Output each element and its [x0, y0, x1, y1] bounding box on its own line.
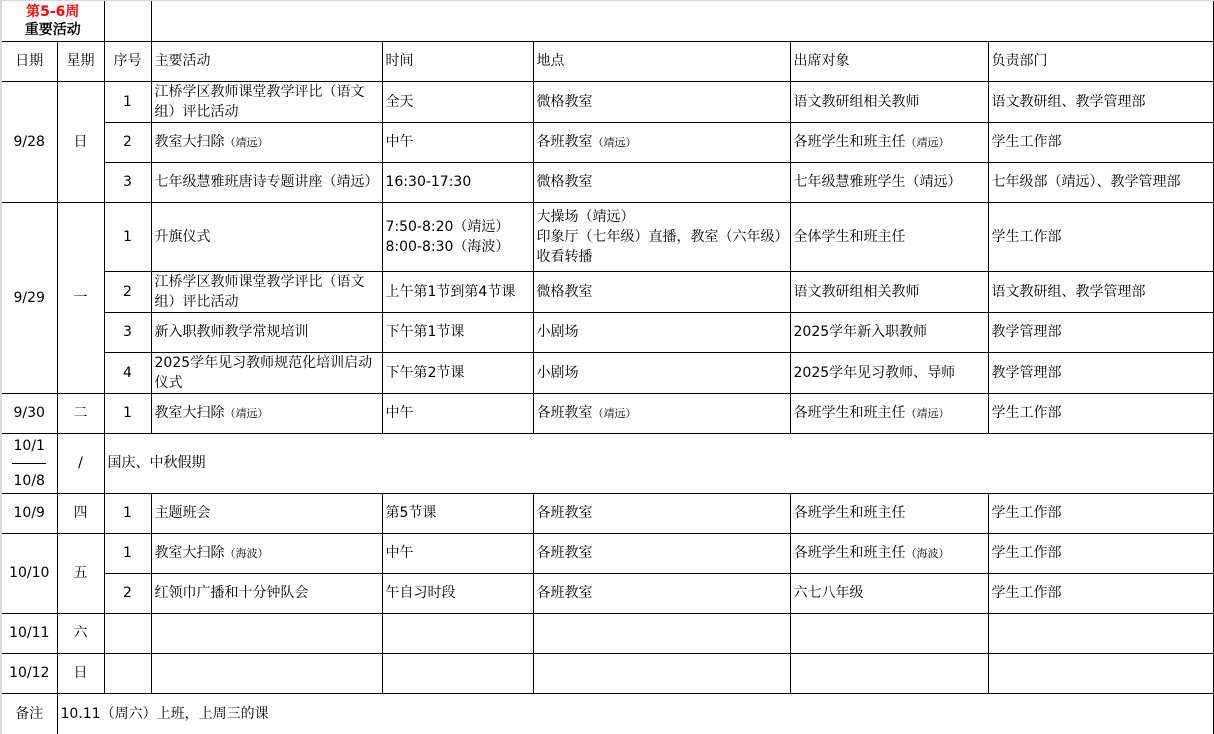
activity-cell[interactable]: 红领巾广播和十分钟队会 [151, 573, 382, 613]
date-cell[interactable]: 9/29 [2, 202, 57, 393]
week-label: 第5-6周 [5, 3, 101, 21]
date-range-separator [12, 463, 46, 464]
campus-note: （靖远） [225, 407, 269, 420]
table-row: 2 红领巾广播和十分钟队会 午自习时段 各班教室 六七八年级 学生工作部 [2, 573, 1213, 613]
attendees-cell[interactable]: 各班学生和班主任（靖远） [790, 122, 988, 162]
time-cell[interactable]: 中午 [382, 122, 533, 162]
activity-text: 教室大扫除 [155, 134, 225, 150]
place-cell[interactable]: 小剧场 [533, 312, 790, 352]
attendees-text: 各班学生和班主任 [794, 405, 906, 421]
empty-cell[interactable] [151, 1, 1213, 41]
attendees-text: 各班学生和班主任 [794, 134, 906, 150]
attendees-cell[interactable]: 全体学生和班主任 [790, 202, 988, 271]
attendees-cell[interactable] [790, 653, 988, 693]
weekday-cell[interactable]: / [57, 433, 104, 493]
activity-cell[interactable]: 教室大扫除（靖远） [151, 122, 382, 162]
weekday-cell[interactable]: 四 [57, 493, 104, 533]
holiday-cell[interactable]: 国庆、中秋假期 [104, 433, 1213, 493]
no-cell[interactable]: 4 [104, 352, 151, 393]
place-cell[interactable]: 各班教室 [533, 573, 790, 613]
place-cell[interactable]: 微格教室 [533, 81, 790, 122]
no-cell[interactable]: 1 [104, 81, 151, 122]
no-cell[interactable]: 3 [104, 162, 151, 202]
activity-cell[interactable] [151, 653, 382, 693]
col-header-weekday: 星期 [57, 41, 104, 81]
activity-cell[interactable] [151, 613, 382, 653]
table-row: 10/12 日 [2, 653, 1213, 693]
no-cell[interactable] [104, 613, 151, 653]
table-row: 3 新入职教师教学常规培训 下午第1节课 小剧场 2025学年新入职教师 教学管… [2, 312, 1213, 352]
no-cell[interactable]: 1 [104, 493, 151, 533]
campus-note: （靖远） [906, 407, 950, 420]
place-cell[interactable] [533, 653, 790, 693]
weekday-cell[interactable]: 二 [57, 393, 104, 433]
date-cell[interactable]: 10/11 [2, 613, 57, 653]
table-row: 9/30 二 1 教室大扫除（靖远） 中午 各班教室（靖远） 各班学生和班主任（… [2, 393, 1213, 433]
place-cell[interactable]: 微格教室 [533, 162, 790, 202]
place-cell[interactable]: 小剧场 [533, 352, 790, 393]
campus-note: （靖远） [906, 136, 950, 149]
title-cell: 第5-6周 重要活动 [2, 1, 104, 41]
schedule-table: 第5-6周 重要活动 日期 星期 序号 主要活动 时间 地点 出席对象 负责部门… [2, 1, 1214, 734]
attendees-cell[interactable]: 语文教研组相关教师 [790, 271, 988, 312]
activity-text: 教室大扫除 [155, 545, 225, 561]
time-cell[interactable]: 下午第1节课 [382, 312, 533, 352]
table-row: 9/28 日 1 江桥学区教师课堂教学评比（语文组）评比活动 全天 微格教室 语… [2, 81, 1213, 122]
weekday-cell[interactable]: 日 [57, 81, 104, 202]
campus-note: （靖远） [593, 407, 637, 420]
date-cell[interactable]: 9/28 [2, 81, 57, 202]
no-cell[interactable]: 1 [104, 393, 151, 433]
table-row: 2 江桥学区教师课堂教学评比（语文组）评比活动 上午第1节到第4节课 微格教室 … [2, 271, 1213, 312]
page-title: 重要活动 [5, 21, 101, 39]
attendees-cell[interactable]: 2025学年新入职教师 [790, 312, 988, 352]
dept-cell[interactable]: 语文教研组、教学管理部 [988, 81, 1213, 122]
place-cell[interactable]: 微格教室 [533, 271, 790, 312]
no-cell[interactable]: 2 [104, 271, 151, 312]
weekday-cell[interactable]: 六 [57, 613, 104, 653]
activity-cell[interactable]: 江桥学区教师课堂教学评比（语文组）评比活动 [151, 81, 382, 122]
col-header-no: 序号 [104, 41, 151, 81]
no-cell[interactable]: 3 [104, 312, 151, 352]
activity-cell[interactable]: 教室大扫除（靖远） [151, 393, 382, 433]
campus-note: （靖远） [225, 136, 269, 149]
col-header-attendees: 出席对象 [790, 41, 988, 81]
dept-cell[interactable] [988, 613, 1213, 653]
time-cell[interactable]: 午自习时段 [382, 573, 533, 613]
time-cell[interactable] [382, 653, 533, 693]
time-cell[interactable]: 全天 [382, 81, 533, 122]
remarks-row: 备注 10.11（周六）上班，上周三的课 [2, 693, 1213, 734]
dept-cell[interactable]: 学生工作部 [988, 393, 1213, 433]
place-cell[interactable] [533, 613, 790, 653]
table-row: 3 七年级慧雅班唐诗专题讲座（靖远） 16:30-17:30 微格教室 七年级慧… [2, 162, 1213, 202]
place-cell[interactable]: 各班教室（靖远） [533, 122, 790, 162]
col-header-place: 地点 [533, 41, 790, 81]
time-line: 8:00-8:30（海波） [386, 237, 530, 257]
no-cell[interactable]: 2 [104, 122, 151, 162]
no-cell[interactable] [104, 653, 151, 693]
attendees-cell[interactable]: 各班学生和班主任（靖远） [790, 393, 988, 433]
col-header-dept: 负责部门 [988, 41, 1213, 81]
time-line: 7:50-8:20（靖远） [386, 217, 530, 237]
col-header-activity: 主要活动 [151, 41, 382, 81]
date-cell[interactable]: 10/12 [2, 653, 57, 693]
no-cell[interactable]: 2 [104, 573, 151, 613]
dept-cell[interactable]: 七年级部（靖远）、教学管理部 [988, 162, 1213, 202]
activity-cell[interactable]: 新入职教师教学常规培训 [151, 312, 382, 352]
attendees-cell[interactable] [790, 613, 988, 653]
time-cell[interactable]: 中午 [382, 393, 533, 433]
date-cell[interactable]: 9/30 [2, 393, 57, 433]
activity-cell[interactable]: 江桥学区教师课堂教学评比（语文组）评比活动 [151, 271, 382, 312]
place-cell[interactable]: 大操场（靖远） 印象厅（七年级）直播，教室（六年级）收看转播 [533, 202, 790, 271]
activity-cell[interactable]: 升旗仪式 [151, 202, 382, 271]
time-cell[interactable]: 上午第1节到第4节课 [382, 271, 533, 312]
col-header-time: 时间 [382, 41, 533, 81]
holiday-row: 10/1 10/8 / 国庆、中秋假期 [2, 433, 1213, 493]
time-cell[interactable]: 中午 [382, 533, 533, 573]
table-row: 10/9 四 1 主题班会 第5节课 各班教室 各班学生和班主任 学生工作部 [2, 493, 1213, 533]
weekday-cell[interactable]: 一 [57, 202, 104, 393]
place-cell[interactable]: 各班教室（靖远） [533, 393, 790, 433]
place-cell[interactable]: 各班教室 [533, 493, 790, 533]
header-row: 日期 星期 序号 主要活动 时间 地点 出席对象 负责部门 [2, 41, 1213, 81]
attendees-cell[interactable]: 2025学年见习教师、导师 [790, 352, 988, 393]
table-row: 2 教室大扫除（靖远） 中午 各班教室（靖远） 各班学生和班主任（靖远） 学生工… [2, 122, 1213, 162]
dept-cell[interactable]: 学生工作部 [988, 533, 1213, 573]
campus-note: （海波） [225, 547, 269, 560]
activity-cell[interactable]: 主题班会 [151, 493, 382, 533]
dept-cell[interactable]: 学生工作部 [988, 573, 1213, 613]
time-cell[interactable]: 下午第2节课 [382, 352, 533, 393]
time-cell[interactable]: 7:50-8:20（靖远） 8:00-8:30（海波） [382, 202, 533, 271]
place-text: 各班教室 [537, 405, 593, 421]
campus-note: （海波） [906, 547, 950, 560]
col-header-date: 日期 [2, 41, 57, 81]
attendees-cell[interactable]: 六七八年级 [790, 573, 988, 613]
remarks-text[interactable]: 10.11（周六）上班，上周三的课 [57, 693, 1213, 734]
time-cell[interactable]: 16:30-17:30 [382, 162, 533, 202]
date-range-end: 10/8 [5, 472, 54, 490]
attendees-cell[interactable]: 各班学生和班主任（海波） [790, 533, 988, 573]
attendees-cell[interactable]: 七年级慧雅班学生（靖远） [790, 162, 988, 202]
weekday-cell[interactable]: 日 [57, 653, 104, 693]
activity-cell[interactable]: 2025学年见习教师规范化培训启动仪式 [151, 352, 382, 393]
empty-cell[interactable] [104, 1, 151, 41]
no-cell[interactable]: 1 [104, 202, 151, 271]
dept-cell[interactable]: 学生工作部 [988, 493, 1213, 533]
date-cell[interactable]: 10/10 [2, 533, 57, 613]
place-line: 印象厅（七年级）直播，教室（六年级）收看转播 [537, 227, 787, 267]
date-range-start: 10/1 [5, 437, 54, 455]
place-cell[interactable]: 各班教室 [533, 533, 790, 573]
place-text: 各班教室 [537, 134, 593, 150]
table-row: 4 2025学年见习教师规范化培训启动仪式 下午第2节课 小剧场 2025学年见… [2, 352, 1213, 393]
dept-cell[interactable]: 教学管理部 [988, 312, 1213, 352]
remarks-label: 备注 [2, 693, 57, 734]
time-cell[interactable]: 第5节课 [382, 493, 533, 533]
date-range-cell[interactable]: 10/1 10/8 [2, 433, 57, 493]
activity-cell[interactable]: 七年级慧雅班唐诗专题讲座（靖远） [151, 162, 382, 202]
activity-text: 教室大扫除 [155, 405, 225, 421]
dept-cell[interactable]: 语文教研组、教学管理部 [988, 271, 1213, 312]
table-row: 10/11 六 [2, 613, 1213, 653]
place-line: 大操场（靖远） [537, 207, 787, 227]
title-row: 第5-6周 重要活动 [2, 1, 1213, 41]
dept-cell[interactable]: 学生工作部 [988, 122, 1213, 162]
weekday-cell[interactable]: 五 [57, 533, 104, 613]
activity-cell[interactable]: 教室大扫除（海波） [151, 533, 382, 573]
table-row: 10/10 五 1 教室大扫除（海波） 中午 各班教室 各班学生和班主任（海波）… [2, 533, 1213, 573]
attendees-cell[interactable]: 各班学生和班主任 [790, 493, 988, 533]
dept-cell[interactable]: 学生工作部 [988, 202, 1213, 271]
table-row: 9/29 一 1 升旗仪式 7:50-8:20（靖远） 8:00-8:30（海波… [2, 202, 1213, 271]
no-cell[interactable]: 1 [104, 533, 151, 573]
attendees-text: 各班学生和班主任 [794, 545, 906, 561]
date-cell[interactable]: 10/9 [2, 493, 57, 533]
campus-note: （靖远） [593, 136, 637, 149]
dept-cell[interactable]: 教学管理部 [988, 352, 1213, 393]
time-cell[interactable] [382, 613, 533, 653]
attendees-cell[interactable]: 语文教研组相关教师 [790, 81, 988, 122]
dept-cell[interactable] [988, 653, 1213, 693]
